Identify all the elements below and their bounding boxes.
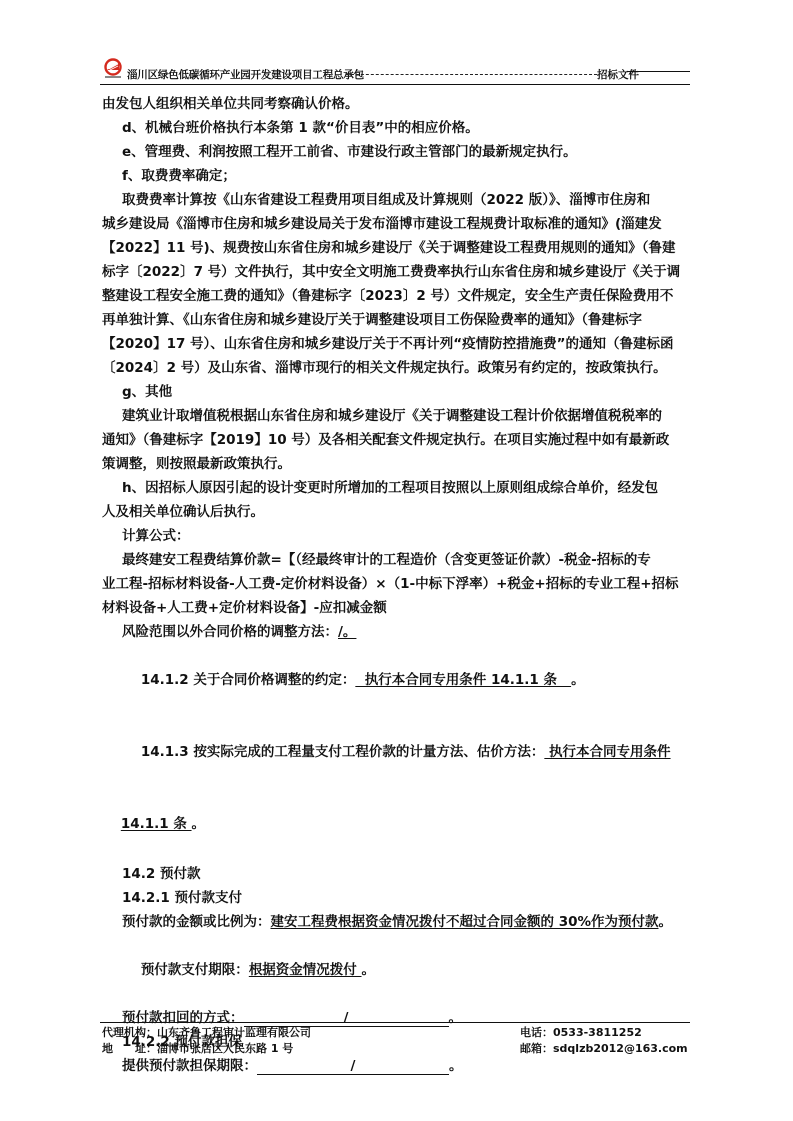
- paragraph-line: 人及相关单位确认后执行。: [102, 500, 688, 524]
- paragraph-line: 再单独计算、《山东省住房和城乡建设厅关于调整建设项目工伤保险费率的通知》（鲁建标…: [102, 308, 688, 332]
- phone-label: 电话：: [520, 1026, 553, 1039]
- guarantee-label: 提供预付款担保期限：: [122, 1058, 257, 1074]
- section-14-1-3-value: 执行本合同专用条件: [544, 744, 670, 760]
- clause-g: g、其他: [102, 380, 688, 404]
- email-label: 邮箱：: [520, 1042, 553, 1055]
- page-header: 淄川区绿色低碳循环产业园开发建设项目工程总承包 招标文件: [100, 58, 690, 84]
- phone-number: 0533-3811252: [553, 1026, 642, 1039]
- vat-paragraph: 建筑业计取增值税根据山东省住房和城乡建设厅《关于调整建设工程计价依据增值税税率的: [102, 404, 688, 428]
- formula-line: 业工程-招标材料设备-人工费-定价材料设备）×（1-中标下浮率）+税金+招标的专…: [102, 572, 688, 596]
- section-14-1-2-value: 执行本合同专用条件 14.1.1 条: [355, 672, 571, 688]
- agency-label: 代理机构：: [102, 1026, 157, 1039]
- company-logo-icon: [102, 58, 124, 80]
- clause-f: f、取费费率确定；: [102, 164, 688, 188]
- document-title: 淄川区绿色低碳循环产业园开发建设项目工程总承包: [127, 67, 364, 82]
- phone-info: 电话：0533-3811252: [520, 1025, 642, 1041]
- advance-deduct-label: 预付款扣回的方式：: [122, 1010, 244, 1026]
- advance-amount-value: 建安工程费根据资金情况拨付不超过合同金额的 30%作为预付款: [271, 914, 659, 930]
- section-14-2-heading: 14.2 预付款: [102, 862, 688, 886]
- footer-row-2: 地 址：淄博市张店区人民东路 1 号 邮箱：sdqlzb2012@163.com: [102, 1041, 688, 1057]
- header-dash-line: [346, 74, 597, 75]
- advance-amount-line: 预付款的金额或比例为：建安工程费根据资金情况拨付不超过合同金额的 30%作为预付…: [102, 910, 688, 934]
- footer-row-1: 代理机构：山东齐鲁工程审计监理有限公司 电话：0533-3811252: [102, 1025, 688, 1041]
- clause-e: e、管理费、利润按照工程开工前省、市建设行政主管部门的最新规定执行。: [102, 140, 688, 164]
- paragraph-line: 标字〔2022〕7 号）文件执行，其中安全文明施工费费率执行山东省住房和城乡建设…: [102, 260, 688, 284]
- section-14-1-3: 14.1.3 按实际完成的工程量支付工程价款的计量方法、估价方法： 执行本合同专…: [102, 716, 688, 788]
- paragraph-line: 由发包人组织相关单位共同考察确认价格。: [102, 92, 688, 116]
- section-14-1-3-cont: 14.1.1 条 。: [102, 788, 688, 860]
- advance-period-value: 根据资金情况拨付: [249, 962, 362, 978]
- fee-rate-paragraph: 取费费率计算按《山东省建设工程费用项目组成及计算规则（2022 版）》、淄博市住…: [102, 188, 688, 212]
- address: 淄博市张店区人民东路 1 号: [157, 1042, 293, 1055]
- formula-heading: 计算公式：: [102, 524, 688, 548]
- period: 。: [449, 1010, 463, 1026]
- paragraph-line: 〔2024〕2 号）及山东省、淄博市现行的相关文件规定执行。政策另有约定的，按政…: [102, 356, 688, 380]
- agency-name: 山东齐鲁工程审计监理有限公司: [157, 1026, 311, 1039]
- paragraph-line: 通知》（鲁建标字【2019】10 号）及各相关配套文件规定执行。在项目实施过程中…: [102, 428, 688, 452]
- page-footer: 代理机构：山东齐鲁工程审计监理有限公司 电话：0533-3811252 地 址：…: [102, 1025, 688, 1057]
- guarantee-value: /: [257, 1058, 449, 1075]
- paragraph-line: 城乡建设局《淄博市住房和城乡建设局关于发布淄博市建设工程规费计取标准的通知》(淄…: [102, 212, 688, 236]
- clause-h: h、因招标人原因引起的设计变更时所增加的工程项目按照以上原则组成综合单价，经发包: [102, 476, 688, 500]
- advance-period-label: 预付款支付期限：: [141, 962, 249, 978]
- advance-amount-label: 预付款的金额或比例为：: [122, 914, 271, 930]
- email-address: sdqlzb2012@163.com: [553, 1042, 688, 1055]
- formula-line: 材料设备+人工费+定价材料设备】-应扣减金额: [102, 596, 688, 620]
- section-14-1-2: 14.1.2 关于合同价格调整的约定： 执行本合同专用条件 14.1.1 条 。: [102, 644, 688, 716]
- document-body: 由发包人组织相关单位共同考察确认价格。 d、机械台班价格执行本条第 1 款“价目…: [102, 92, 688, 1078]
- period: 。: [659, 914, 673, 930]
- paragraph-line: 【2020】17 号）、山东省住房和城乡建设厅关于不再计列“疫情防控措施费”的通…: [102, 332, 688, 356]
- risk-adjustment-line: 风险范围以外合同价格的调整方法：/。: [102, 620, 688, 644]
- footer-rule: [100, 1022, 690, 1023]
- period: 。: [449, 1058, 463, 1074]
- paragraph-line: 策调整，则按照最新政策执行。: [102, 452, 688, 476]
- address-label: 地 址：: [102, 1042, 157, 1055]
- email-info: 邮箱：sdqlzb2012@163.com: [520, 1041, 688, 1057]
- section-14-1-3-label: 14.1.3 按实际完成的工程量支付工程价款的计量方法、估价方法：: [141, 744, 545, 760]
- section-14-2-1-heading: 14.2.1 预付款支付: [102, 886, 688, 910]
- risk-value: /。: [338, 624, 356, 640]
- formula-line: 最终建安工程费结算价款=【（经最终审计的工程造价（含变更签证价款）-税金-招标的…: [102, 548, 688, 572]
- clause-d: d、机械台班价格执行本条第 1 款“价目表”中的相应价格。: [102, 116, 688, 140]
- period: 。: [362, 962, 376, 978]
- paragraph-line: 整建设工程安全施工费的通知》（鲁建标字〔2023〕2 号）文件规定，安全生产责任…: [102, 284, 688, 308]
- advance-period-line: 预付款支付期限：根据资金情况拨付 。: [102, 934, 688, 1006]
- document-type: 招标文件: [597, 67, 639, 82]
- paragraph-line: 【2022】11 号)、规费按山东省住房和城乡建设厅《关于调整建设工程费用规则的…: [102, 236, 688, 260]
- header-short-line: [627, 71, 690, 72]
- period: 。: [192, 816, 206, 832]
- period: 。: [571, 672, 585, 688]
- section-14-1-2-label: 14.1.2 关于合同价格调整的约定：: [141, 672, 356, 688]
- risk-label: 风险范围以外合同价格的调整方法：: [122, 624, 338, 640]
- guarantee-line: 提供预付款担保期限：/。: [102, 1054, 688, 1078]
- section-14-1-3-value-cont: 14.1.1 条: [121, 816, 192, 832]
- header-rule: [100, 84, 690, 85]
